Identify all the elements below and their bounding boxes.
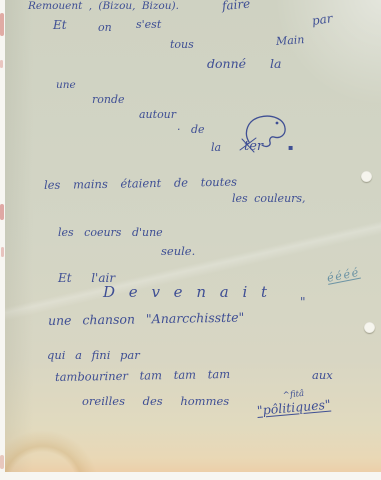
hw-chanson: une chanson "Anarcchisstte" <box>48 311 245 328</box>
hw-on: on <box>98 22 112 34</box>
hw-ronde: ronde <box>92 94 125 106</box>
hw-qui-a-fini: qui a fini par <box>47 349 140 361</box>
hw-mains: les mains étaient de toutes <box>44 176 237 191</box>
edge-smudge <box>1 247 4 257</box>
punch-hole-top <box>361 171 372 182</box>
hw-faire: faire <box>221 0 250 13</box>
hw-devenait-quote: " <box>300 296 306 309</box>
hw-donne-la: donné la <box>207 57 281 70</box>
terre-doodle: ter <box>236 112 292 164</box>
hw-autour: autour <box>139 109 176 121</box>
hw-sest: s'est <box>136 19 161 31</box>
hw-devenait: D e v e n a i t <box>103 285 271 301</box>
hw-middot-mark: · <box>177 124 181 136</box>
hw-une: une <box>56 80 76 91</box>
svg-text:ter: ter <box>244 139 264 154</box>
hw-header: Remouent , (Bizou, Bizou). <box>28 1 179 12</box>
hw-par: par <box>311 12 333 27</box>
edge-smudge <box>0 455 4 469</box>
hw-seule: seule. <box>161 245 195 257</box>
hw-tambouriner: tambouriner tam tam tam <box>55 368 230 383</box>
edge-smudge <box>0 13 4 36</box>
hw-main: Main <box>276 34 305 48</box>
hw-square-mark: ▪ <box>288 144 293 152</box>
paper-sheet: Remouent , (Bizou, Bizou). faire Et on s… <box>5 0 381 472</box>
punch-hole-bottom <box>364 322 375 333</box>
hw-oreilles: oreilles des hommes <box>82 395 229 407</box>
edge-smudge <box>0 60 3 68</box>
scanned-page-background: { "document": { "kind": "handwritten-not… <box>0 0 381 480</box>
hw-politiques: "pôlitiques" <box>256 398 331 418</box>
edge-smudge <box>0 204 4 220</box>
hw-la: la <box>211 142 221 154</box>
hw-tous: tous <box>170 39 194 51</box>
hw-couleurs: les couleurs, <box>232 193 306 205</box>
hw-aux: aux <box>312 369 333 381</box>
hw-coeurs: les coeurs d'une <box>58 227 163 239</box>
hw-de: de <box>191 124 205 136</box>
hw-eeee-scribble: éééé <box>326 266 361 284</box>
hw-et: Et <box>53 19 67 32</box>
